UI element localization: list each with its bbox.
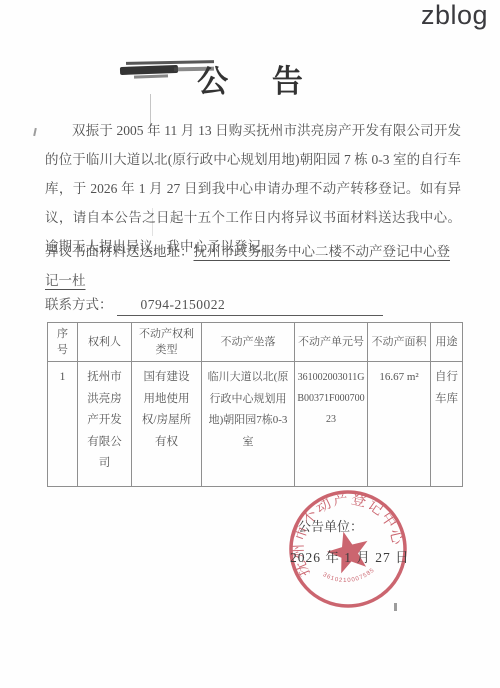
objection-address-line: 异议书面材料送达地址：抚州市政务服务中心二楼不动产登记中心登记一杜 [45, 237, 461, 295]
scan-artifact [33, 128, 37, 136]
contact-phone: 0794-2150022 [117, 297, 383, 316]
table-row: 1 抚州市洪亮房产开发有限公司 国有建设用地使用权/房屋所有权 临川大道以北(原… [48, 362, 463, 487]
cell-area: 16.67 m² [368, 362, 431, 487]
col-header-right-type: 不动产权利类型 [132, 323, 202, 362]
scan-artifact [152, 208, 153, 236]
col-header-location: 不动产坐落 [202, 323, 295, 362]
contact-line: 联系方式：0794-2150022 [45, 293, 461, 316]
document-page: zblog 公 告 双振于 2005 年 11 月 13 日购买抚州市洪亮房产开… [0, 0, 500, 688]
cell-unit-no: 361002003011GB00371F00070023 [295, 362, 368, 487]
property-registration-table: 序号 权利人 不动产权利类型 不动产坐落 不动产单元号 不动产面积 用途 1 抚… [47, 322, 463, 487]
col-header-use: 用途 [431, 323, 463, 362]
col-header-owner: 权利人 [78, 323, 132, 362]
scan-artifact [150, 94, 151, 134]
col-header-area: 不动产面积 [368, 323, 431, 362]
table-header-row: 序号 权利人 不动产权利类型 不动产坐落 不动产单元号 不动产面积 用途 [48, 323, 463, 362]
contact-label: 联系方式： [45, 297, 113, 312]
announcement-date: 2026 年 1 月 27 日 [290, 546, 410, 566]
cell-right-type: 国有建设用地使用权/房屋所有权 [132, 362, 202, 487]
col-header-index: 序号 [48, 323, 78, 362]
cell-use: 自行车库 [431, 362, 463, 487]
issuer-label: 公告单位： [298, 516, 363, 535]
col-header-unit-no: 不动产单元号 [295, 323, 368, 362]
cell-owner: 抚州市洪亮房产开发有限公司 [78, 362, 132, 487]
cell-location: 临川大道以北(原行政中心规划用地)朝阳园7栋0-3室 [202, 362, 295, 487]
zblog-watermark: zblog [421, 0, 488, 31]
address-label: 异议书面材料送达地址： [45, 244, 194, 259]
page-title: 公 告 [0, 56, 500, 101]
scan-artifact [394, 603, 397, 611]
cell-index: 1 [48, 362, 78, 487]
